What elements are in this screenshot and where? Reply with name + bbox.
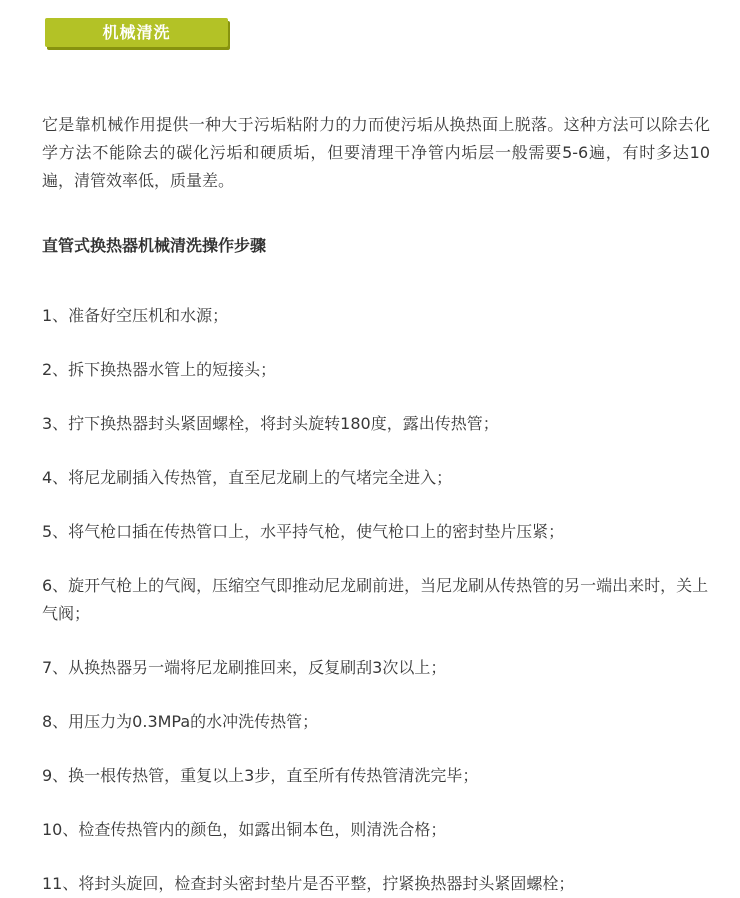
- article-page: 机械清洗 它是靠机械作用提供一种大于污垢粘附力的力而使污垢从换热面上脱落。这种方…: [0, 0, 740, 898]
- step-item-10: 10、检查传热管内的颜色，如露出铜本色，则清洗合格；: [42, 816, 710, 844]
- step-item-8: 8、用压力为0.3MPa的水冲洗传热管；: [42, 708, 710, 736]
- step-item-1: 1、准备好空压机和水源；: [42, 302, 710, 330]
- step-item-6: 6、旋开气枪上的气阀，压缩空气即推动尼龙刷前进，当尼龙刷从传热管的另一端出来时，…: [42, 572, 710, 628]
- step-item-3: 3、拧下换热器封头紧固螺栓，将封头旋转180度，露出传热管；: [42, 410, 710, 438]
- badge-container: 机械清洗: [0, 0, 740, 47]
- section-title: 直管式换热器机械清洗操作步骤: [42, 235, 710, 257]
- step-item-7: 7、从换热器另一端将尼龙刷推回来，反复刷刮3次以上；: [42, 654, 710, 682]
- intro-paragraph: 它是靠机械作用提供一种大于污垢粘附力的力而使污垢从换热面上脱落。这种方法可以除去…: [42, 111, 710, 195]
- step-item-11: 11、将封头旋回，检查封头密封垫片是否平整，拧紧换热器封头紧固螺栓；: [42, 870, 710, 898]
- step-item-4: 4、将尼龙刷插入传热管，直至尼龙刷上的气堵完全进入；: [42, 464, 710, 492]
- step-item-5: 5、将气枪口插在传热管口上，水平持气枪，使气枪口上的密封垫片压紧；: [42, 518, 710, 546]
- step-item-9: 9、换一根传热管，重复以上3步，直至所有传热管清洗完毕；: [42, 762, 710, 790]
- section-badge: 机械清洗: [45, 18, 228, 47]
- step-item-2: 2、拆下换热器水管上的短接头；: [42, 356, 710, 384]
